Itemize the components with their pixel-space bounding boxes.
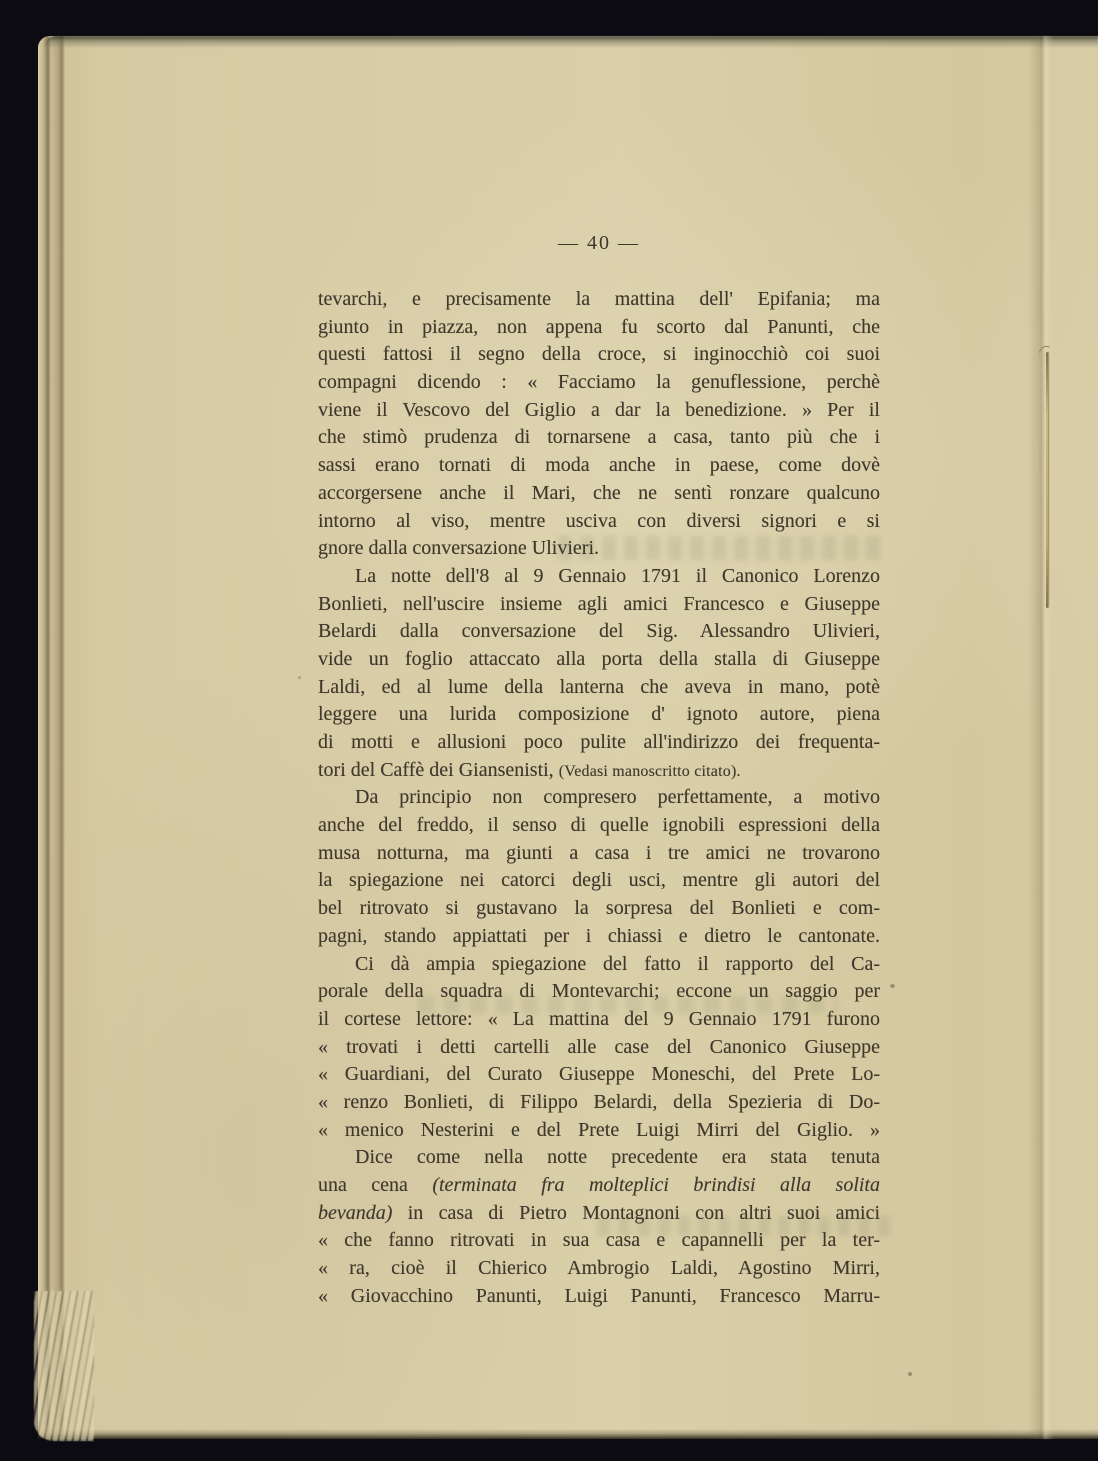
text-line: « Guardiani, del Curato Giuseppe Monesch…: [318, 1061, 880, 1089]
page-top-deckle-edge: [44, 36, 1098, 48]
binding-stitch-thread: [1046, 352, 1048, 608]
text-line: bevanda) in casa di Pietro Montagnoni co…: [318, 1200, 880, 1228]
text-line: il cortese lettore: « La mattina del 9 G…: [318, 1006, 880, 1034]
text-line: « renzo Bonlieti, di Filippo Belardi, de…: [318, 1089, 880, 1117]
text-line: « menico Nesterini e del Prete Luigi Mir…: [318, 1117, 880, 1145]
text-line: leggere una lurida composizione d' ignot…: [318, 701, 880, 729]
text-line: gnore dalla conversazione Ulivieri.: [318, 535, 880, 563]
text-line: una cena (terminata fra molteplici brind…: [318, 1172, 880, 1200]
text-line: porale della squadra di Montevarchi; ecc…: [318, 978, 880, 1006]
text-line: tori del Caffè dei Giansenisti, (Vedasi …: [318, 757, 880, 785]
page-edge-stack-left: [38, 36, 72, 1439]
text-line: vide un foglio attaccato alla porta dell…: [318, 646, 880, 674]
text-line: Laldi, ed al lume della lanterna che ave…: [318, 674, 880, 702]
text-line: la spiegazione nei catorci degli usci, m…: [318, 867, 880, 895]
text-line: che stimò prudenza di tornarsene a casa,…: [318, 424, 880, 452]
text-line: Da principio non compresero perfettament…: [318, 784, 880, 812]
text-line: Ci dà ampia spiegazione del fatto il rap…: [318, 951, 880, 979]
text-line: Bonlieti, nell'uscire insieme agli amici…: [318, 591, 880, 619]
text-line: La notte dell'8 al 9 Gennaio 1791 il Can…: [318, 563, 880, 591]
page-number: — 40 —: [318, 232, 880, 255]
text-line: Belardi dalla conversazione del Sig. Ale…: [318, 618, 880, 646]
text-line: anche del freddo, il senso di quelle ign…: [318, 812, 880, 840]
paper-speck: [890, 984, 895, 988]
book-scan: — 40 — tevarchi, e precisamente la matti…: [0, 0, 1098, 1461]
text-line: « trovati i detti cartelli alle case del…: [318, 1034, 880, 1062]
text-line: tevarchi, e precisamente la mattina dell…: [318, 286, 880, 314]
text-line: viene il Vescovo del Giglio a dar la ben…: [318, 397, 880, 425]
paper-speck: [298, 676, 301, 679]
text-line: musa notturna, ma giunti a casa i tre am…: [318, 840, 880, 868]
text-line: sassi erano tornati di moda anche in pae…: [318, 452, 880, 480]
gutter-crease: [1028, 36, 1054, 1439]
text-line: intorno al viso, mentre usciva con diver…: [318, 508, 880, 536]
paper-speck: [908, 1372, 912, 1376]
text-line: questi fattosi il segno della croce, si …: [318, 341, 880, 369]
page-bottom-edge: [38, 1429, 1098, 1439]
text-line: « ra, cioè il Chierico Ambrogio Laldi, A…: [318, 1255, 880, 1283]
text-line: pagni, stando appiattati per i chiassi e…: [318, 923, 880, 951]
page-text: tevarchi, e precisamente la mattina dell…: [318, 286, 880, 1310]
text-line: bel ritrovato si gustavano la sorpresa d…: [318, 895, 880, 923]
text-line: « che fanno ritrovati in sua casa e capa…: [318, 1227, 880, 1255]
text-line: giunto in piazza, non appena fu scorto d…: [318, 314, 880, 342]
page-corner-stack: [34, 1291, 94, 1441]
text-line: Dice come nella notte precedente era sta…: [318, 1144, 880, 1172]
text-line: di motti e allusioni poco pulite all'ind…: [318, 729, 880, 757]
text-line: accorgersene anche il Mari, che ne sentì…: [318, 480, 880, 508]
text-line: « Giovacchino Panunti, Luigi Panunti, Fr…: [318, 1283, 880, 1311]
text-line: compagni dicendo : « Facciamo la genufle…: [318, 369, 880, 397]
